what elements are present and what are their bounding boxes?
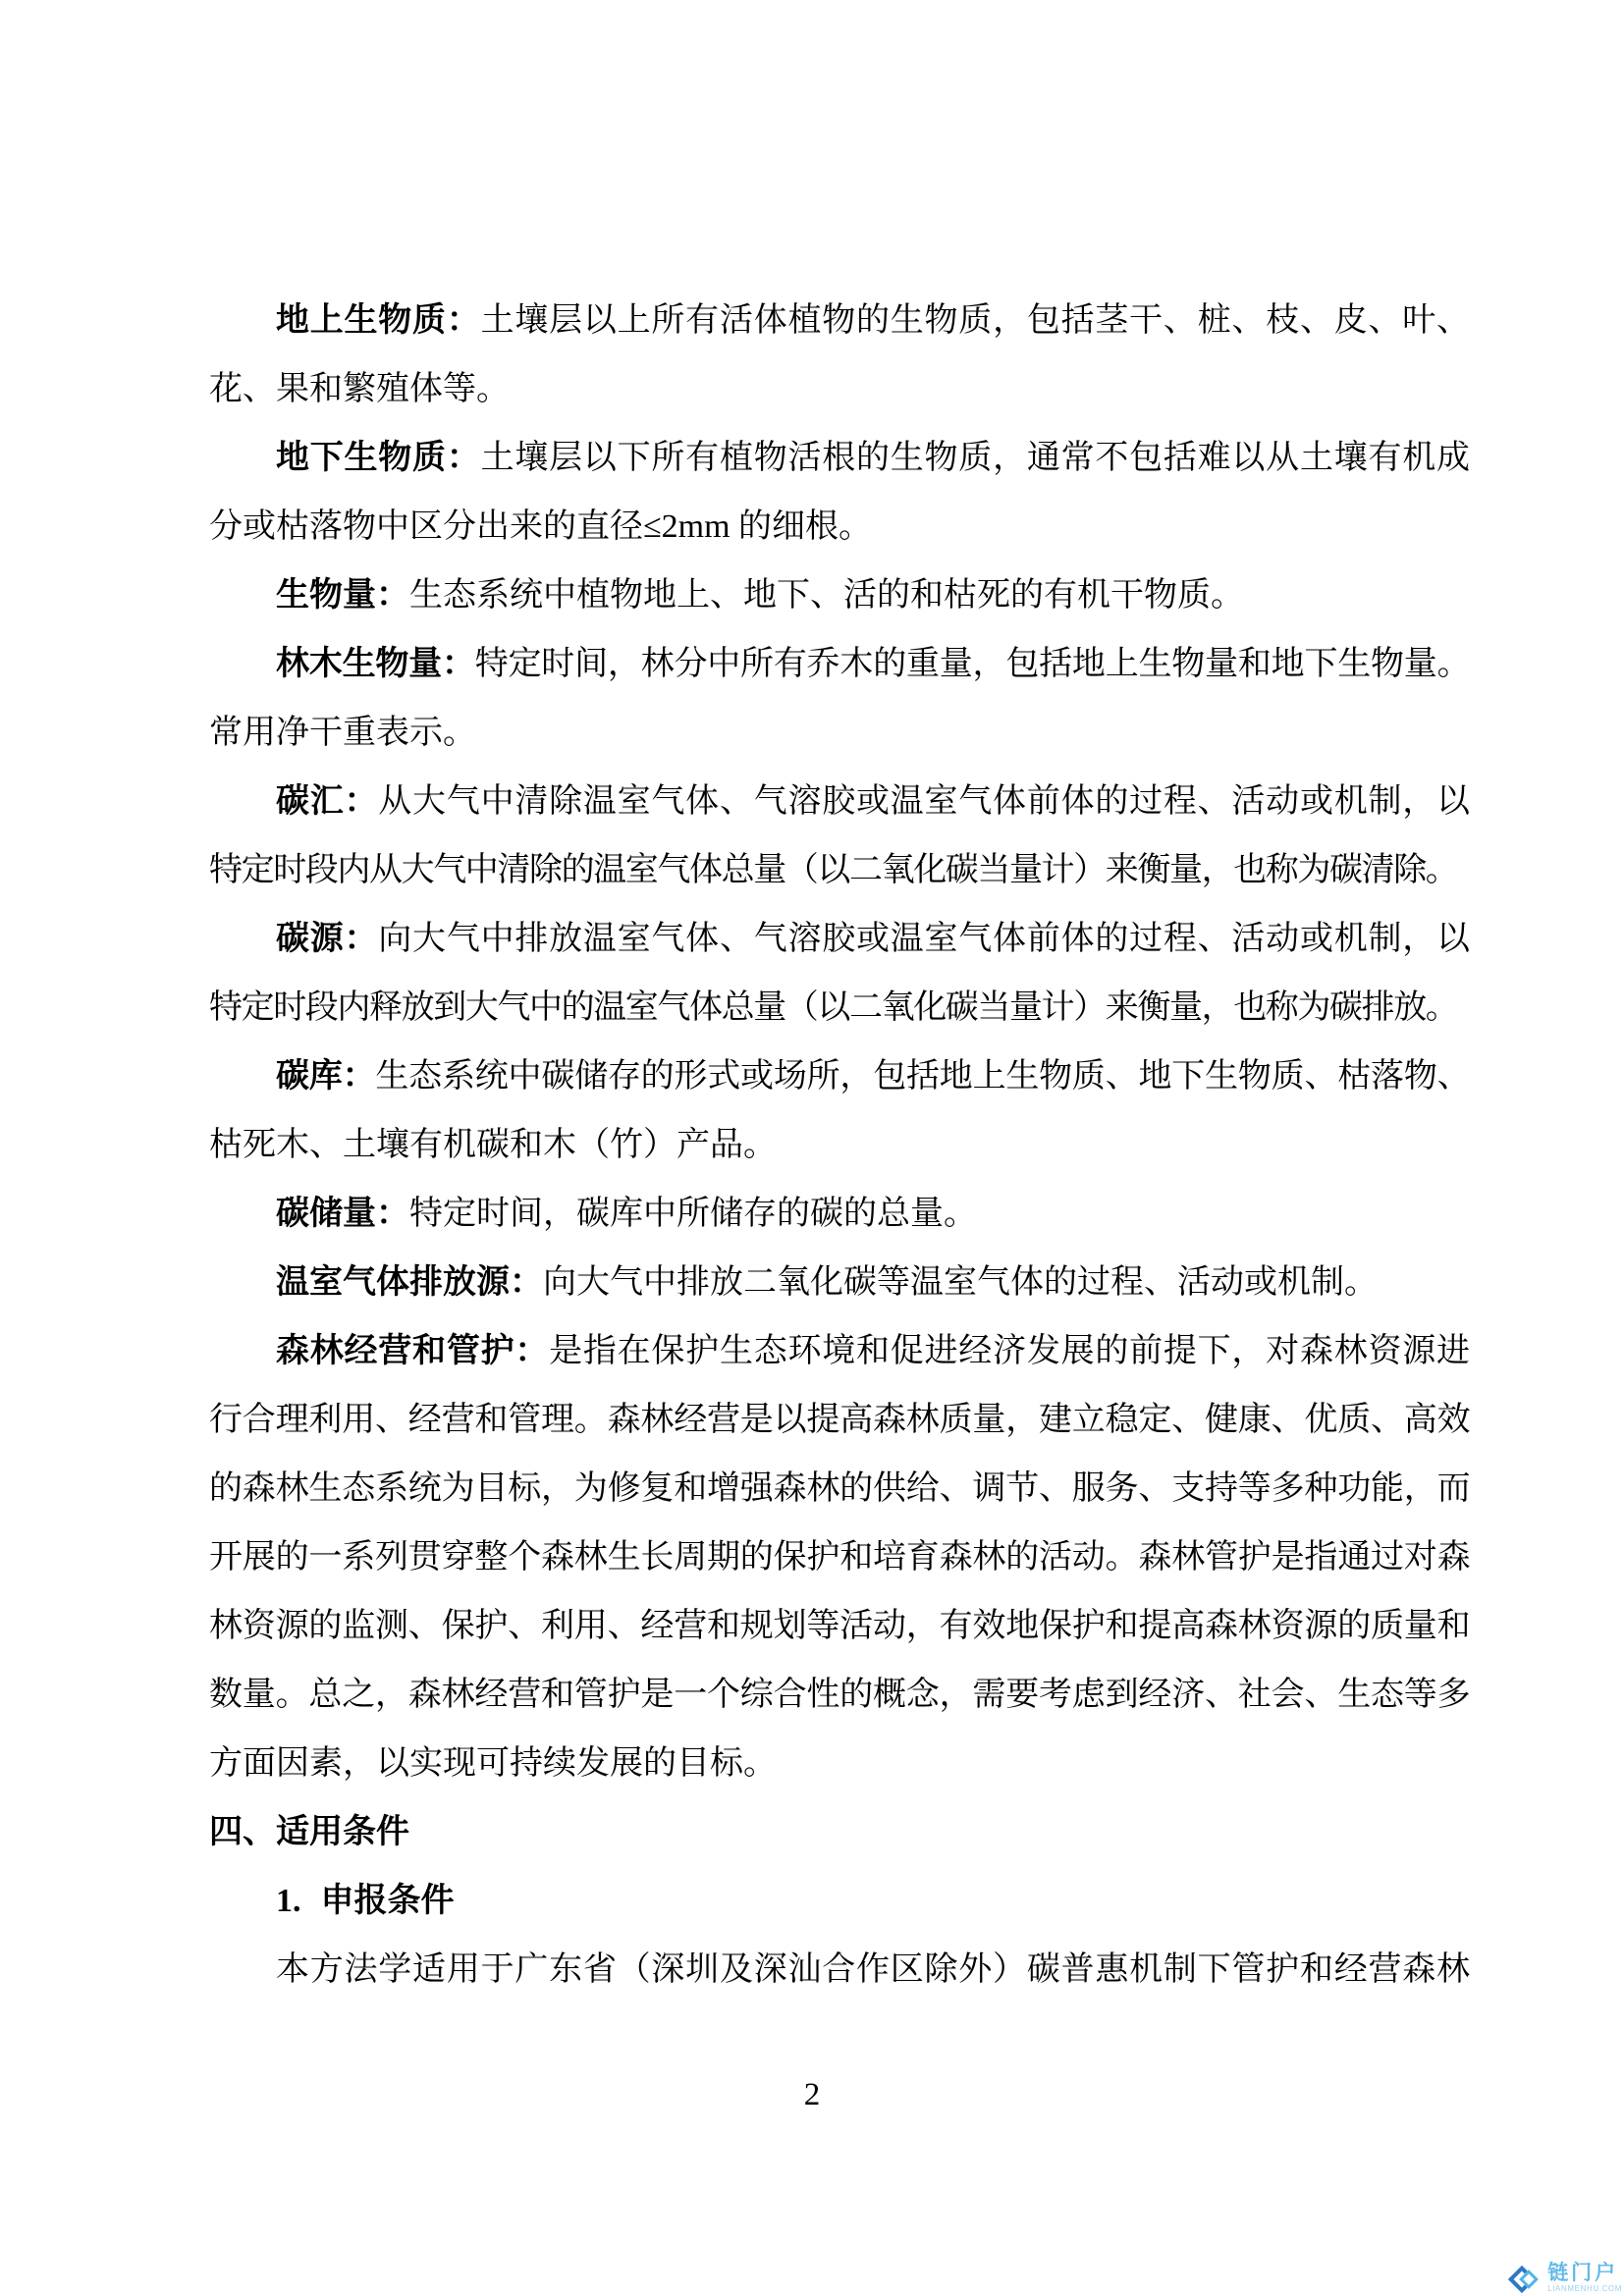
text-line: 碳源：向大气中排放温室气体、气溶胶或温室气体前体的过程、活动或机制，以 — [209, 905, 1470, 974]
watermark: 链门户 LIANMENHU.COM — [1509, 2263, 1622, 2293]
text-line: 碳库：生态系统中碳储存的形式或场所，包括地上生物质、地下生物质、枯落物、 — [209, 1042, 1470, 1111]
text-line: 林资源的监测、保护、利用、经营和规划等活动，有效地保护和提高森林资源的质量和 — [209, 1592, 1470, 1661]
text-line: 数量。总之，森林经营和管护是一个综合性的概念，需要考虑到经济、社会、生态等多 — [209, 1661, 1470, 1730]
term-lead: 地下生物质： — [276, 440, 481, 476]
term-lead: 碳储量： — [276, 1196, 409, 1232]
text-line: 碳储量：特定时间，碳库中所储存的碳的总量。 — [209, 1180, 1470, 1249]
text-line: 的森林生态系统为目标，为修复和增强森林的供给、调节、服务、支持等多种功能，而 — [209, 1455, 1470, 1523]
watermark-domain: LIANMENHU.COM — [1547, 2285, 1622, 2293]
term-lead: 温室气体排放源： — [276, 1264, 543, 1301]
text-line: 本方法学适用于广东省（深圳及深汕合作区除外）碳普惠机制下管护和经营森林 — [209, 1936, 1470, 2004]
text-line: 常用净干重表示。 — [209, 699, 1470, 768]
term-lead: 碳源： — [276, 921, 378, 957]
term-lead: 地上生物质： — [276, 302, 481, 339]
text-line: 生物量：生态系统中植物地上、地下、活的和枯死的有机干物质。 — [209, 561, 1470, 630]
document-body: 地上生物质：土壤层以上所有活体植物的生物质，包括茎干、桩、枝、皮、叶、花、果和繁… — [209, 287, 1470, 2004]
watermark-text-block: 链门户 LIANMENHU.COM — [1547, 2263, 1622, 2293]
text-line: 分或枯落物中区分出来的直径≤2mm 的细根。 — [209, 493, 1470, 561]
lianmenhu-logo-icon — [1509, 2263, 1542, 2293]
section-heading: 四、适用条件 — [209, 1798, 1470, 1867]
term-lead: 林木生物量： — [276, 646, 475, 682]
text-line: 地上生物质：土壤层以上所有活体植物的生物质，包括茎干、桩、枝、皮、叶、 — [209, 287, 1470, 355]
text-line: 林木生物量：特定时间，林分中所有乔木的重量，包括地上生物量和地下生物量。 — [209, 630, 1470, 699]
text-line: 碳汇：从大气中清除温室气体、气溶胶或温室气体前体的过程、活动或机制，以 — [209, 768, 1470, 836]
term-lead: 碳库： — [276, 1058, 375, 1095]
text-line: 温室气体排放源：向大气中排放二氧化碳等温室气体的过程、活动或机制。 — [209, 1249, 1470, 1317]
text-line: 花、果和繁殖体等。 — [209, 355, 1470, 424]
text-line: 特定时段内释放到大气中的温室气体总量（以二氧化碳当量计）来衡量，也称为碳排放。 — [209, 974, 1470, 1042]
document-page: 地上生物质：土壤层以上所有活体植物的生物质，包括茎干、桩、枝、皮、叶、花、果和繁… — [0, 0, 1624, 2296]
term-lead: 森林经营和管护： — [276, 1333, 549, 1369]
page-number: 2 — [0, 2075, 1624, 2114]
term-lead: 碳汇： — [276, 783, 378, 820]
term-lead: 生物量： — [276, 577, 409, 614]
text-line: 枯死木、土壤有机碳和木（竹）产品。 — [209, 1111, 1470, 1180]
list-number: 1. — [276, 1883, 301, 1919]
sub-heading: 1.申报条件 — [209, 1867, 1470, 1936]
watermark-name: 链门户 — [1547, 2263, 1622, 2283]
text-line: 开展的一系列贯穿整个森林生长周期的保护和培育森林的活动。森林管护是指通过对森 — [209, 1523, 1470, 1592]
text-line: 地下生物质：土壤层以下所有植物活根的生物质，通常不包括难以从土壤有机成 — [209, 424, 1470, 493]
text-line: 行合理利用、经营和管理。森林经营是以提高森林质量，建立稳定、健康、优质、高效 — [209, 1386, 1470, 1455]
text-line: 特定时段内从大气中清除的温室气体总量（以二氧化碳当量计）来衡量，也称为碳清除。 — [209, 836, 1470, 905]
text-line: 森林经营和管护：是指在保护生态环境和促进经济发展的前提下，对森林资源进 — [209, 1317, 1470, 1386]
text-line: 方面因素，以实现可持续发展的目标。 — [209, 1730, 1470, 1798]
